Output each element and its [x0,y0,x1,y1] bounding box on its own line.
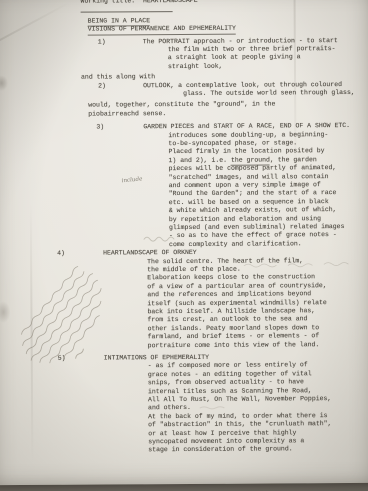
typed-line-text: glass. The outside world seen through gl… [183,89,355,98]
typed-line-text: piobairreachd sense. [88,110,166,118]
pencil-word-annotation [142,233,176,243]
table-surface [0,479,368,491]
item-number: 2) [98,82,106,90]
document-photo: Working title: HEARTLANDSCAPEBEING IN A … [0,0,368,491]
typed-line: straight look, [0,62,368,72]
title-underline-rule [81,11,173,13]
typed-line: glass. The outside world seen through gl… [0,89,368,99]
handwritten-margin-note [4,240,165,391]
item-number: 3) [96,124,104,132]
pencil-note-right [242,257,356,274]
typed-line-text: VISIONS OF PERMANENCE AND EPHEMERALITY [88,25,236,35]
typed-line-text: come complexity and clarification. [169,240,302,249]
typed-line: stage in consideration of the ground. [0,445,368,455]
typed-line: piobairreachd sense. [0,109,368,119]
typed-line-text: Working title: HEARTLANDSCAPE [81,0,198,6]
typed-line-text: and this along with [81,73,155,81]
typed-line-text: stage in consideration of the ground. [148,446,292,455]
typed-line-text: a straight look at people giving a [168,54,301,63]
typed-line: VISIONS OF PERMANENCE AND EPHEMERALITY [0,24,368,34]
typed-line-text: straight look, [168,63,223,71]
typed-line-text: portraiture come into this view of the l… [148,341,320,350]
pencil-mark-and-others [198,404,230,412]
typed-line-text: and others. [148,404,191,412]
item-number: 1) [98,38,106,46]
typed-line: Working title: HEARTLANDSCAPE [0,0,368,6]
paper-sheet: Working title: HEARTLANDSCAPEBEING IN A … [0,0,368,485]
